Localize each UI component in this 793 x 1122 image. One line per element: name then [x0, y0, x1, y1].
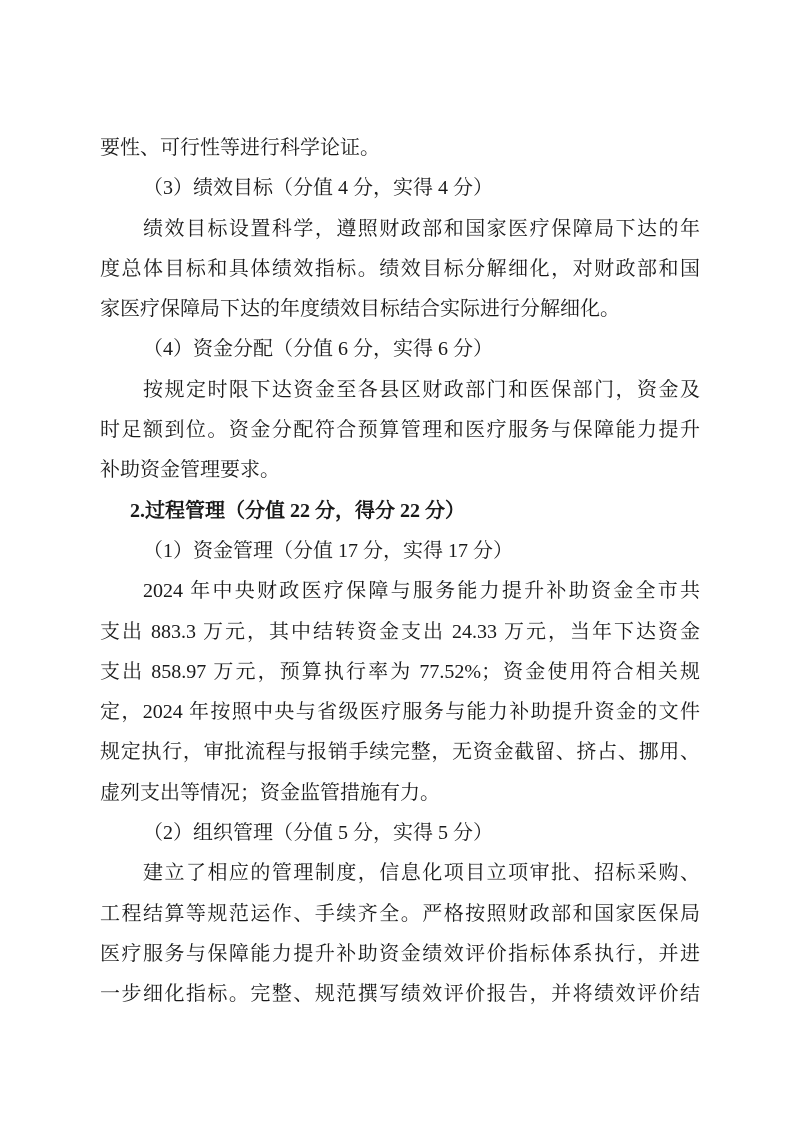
document-page: 要性、可行性等进行科学论证。（3）绩效目标（分值 4 分，实得 4 分）绩效目标… [0, 0, 793, 1122]
paragraph-line: 绩效目标设置科学，遵照财政部和国家医疗保障局下达的年 [100, 209, 700, 249]
text-block: 要性、可行性等进行科学论证。（3）绩效目标（分值 4 分，实得 4 分）绩效目标… [100, 128, 700, 1015]
paragraph-line: 建立了相应的管理制度，信息化项目立项审批、招标采购、 [100, 853, 700, 893]
paragraph-line: （1）资金管理（分值 17 分，实得 17 分） [100, 531, 700, 571]
paragraph-line: 医疗服务与保障能力提升补助资金绩效评价指标体系执行，并进 [100, 934, 700, 974]
paragraph-line: 虚列支出等情况；资金监管措施有力。 [100, 773, 700, 813]
paragraph-line: （4）资金分配（分值 6 分，实得 6 分） [100, 329, 700, 369]
paragraph-line: 要性、可行性等进行科学论证。 [100, 128, 700, 168]
paragraph-line: （2）组织管理（分值 5 分，实得 5 分） [100, 813, 700, 853]
paragraph-line: 工程结算等规范运作、手续齐全。严格按照财政部和国家医保局 [100, 894, 700, 934]
section-heading-line: 2.过程管理（分值 22 分，得分 22 分） [100, 491, 700, 531]
paragraph-line: 支出 858.97 万元，预算执行率为 77.52%；资金使用符合相关规 [100, 652, 700, 692]
paragraph-line: 2024 年中央财政医疗保障与服务能力提升补助资金全市共 [100, 571, 700, 611]
paragraph-line: 支出 883.3 万元，其中结转资金支出 24.33 万元，当年下达资金 [100, 612, 700, 652]
paragraph-line: 家医疗保障局下达的年度绩效目标结合实际进行分解细化。 [100, 289, 700, 329]
paragraph-line: 一步细化指标。完整、规范撰写绩效评价报告，并将绩效评价结 [100, 974, 700, 1014]
paragraph-line: 规定执行，审批流程与报销手续完整，无资金截留、挤占、挪用、 [100, 732, 700, 772]
paragraph-line: 定，2024 年按照中央与省级医疗服务与能力补助提升资金的文件 [100, 692, 700, 732]
paragraph-line: （3）绩效目标（分值 4 分，实得 4 分） [100, 168, 700, 208]
paragraph-line: 按规定时限下达资金至各县区财政部门和医保部门，资金及 [100, 370, 700, 410]
paragraph-line: 补助资金管理要求。 [100, 450, 700, 490]
paragraph-line: 时足额到位。资金分配符合预算管理和医疗服务与保障能力提升 [100, 410, 700, 450]
paragraph-line: 度总体目标和具体绩效指标。绩效目标分解细化，对财政部和国 [100, 249, 700, 289]
